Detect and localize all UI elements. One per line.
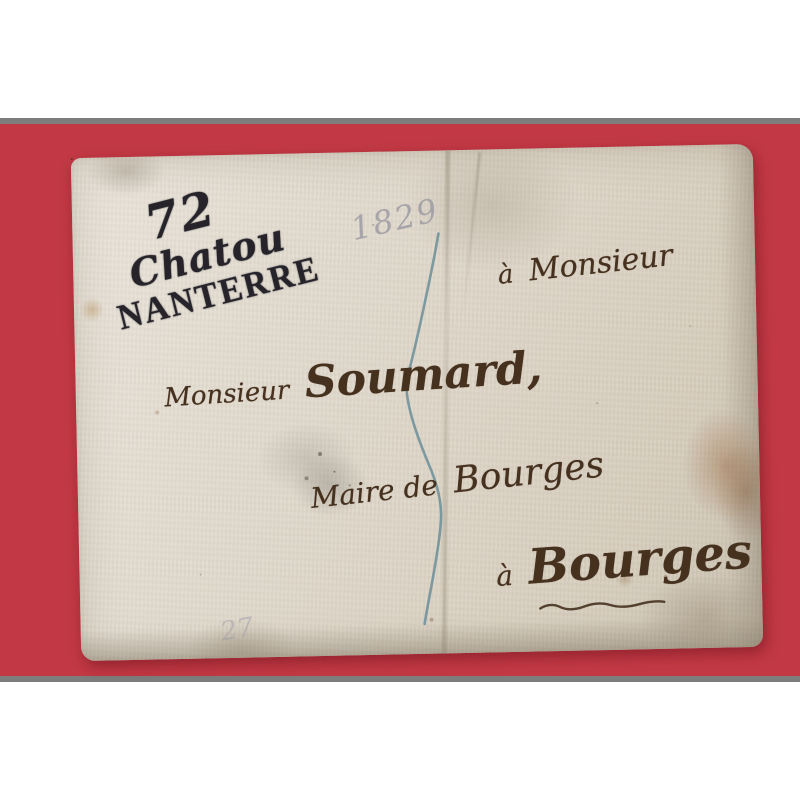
office-prefix: Maire de (309, 468, 439, 515)
pencil-number-annotation: 27 (219, 614, 256, 645)
handwriting-recipient: Monsieur Soumard, (162, 342, 543, 417)
postmark-stamp: 72 Chatou NANTERRE (92, 148, 385, 336)
top-crease (462, 152, 481, 316)
center-crease (442, 150, 450, 653)
handwriting-office: Maire de Bourges (308, 444, 606, 517)
destination-prefix: à (495, 559, 514, 593)
handwriting-salutation: à Monsieur (496, 238, 675, 292)
destination-city: Bourges (526, 523, 753, 595)
ink-speckles (71, 158, 73, 160)
salutation-word: Monsieur (527, 238, 674, 288)
envelope-letter: 72 Chatou NANTERRE 1829 27 à Monsieur Mo… (71, 144, 763, 661)
salutation-prefix: à (496, 259, 515, 291)
underline-flourish (538, 598, 668, 613)
recipient-name: Soumard, (303, 342, 543, 408)
handwriting-destination: à Bourges (494, 523, 754, 598)
recipient-title: Monsieur (163, 375, 290, 413)
office-city: Bourges (451, 444, 606, 501)
photo-red-backdrop: 72 Chatou NANTERRE 1829 27 à Monsieur Mo… (0, 118, 800, 682)
